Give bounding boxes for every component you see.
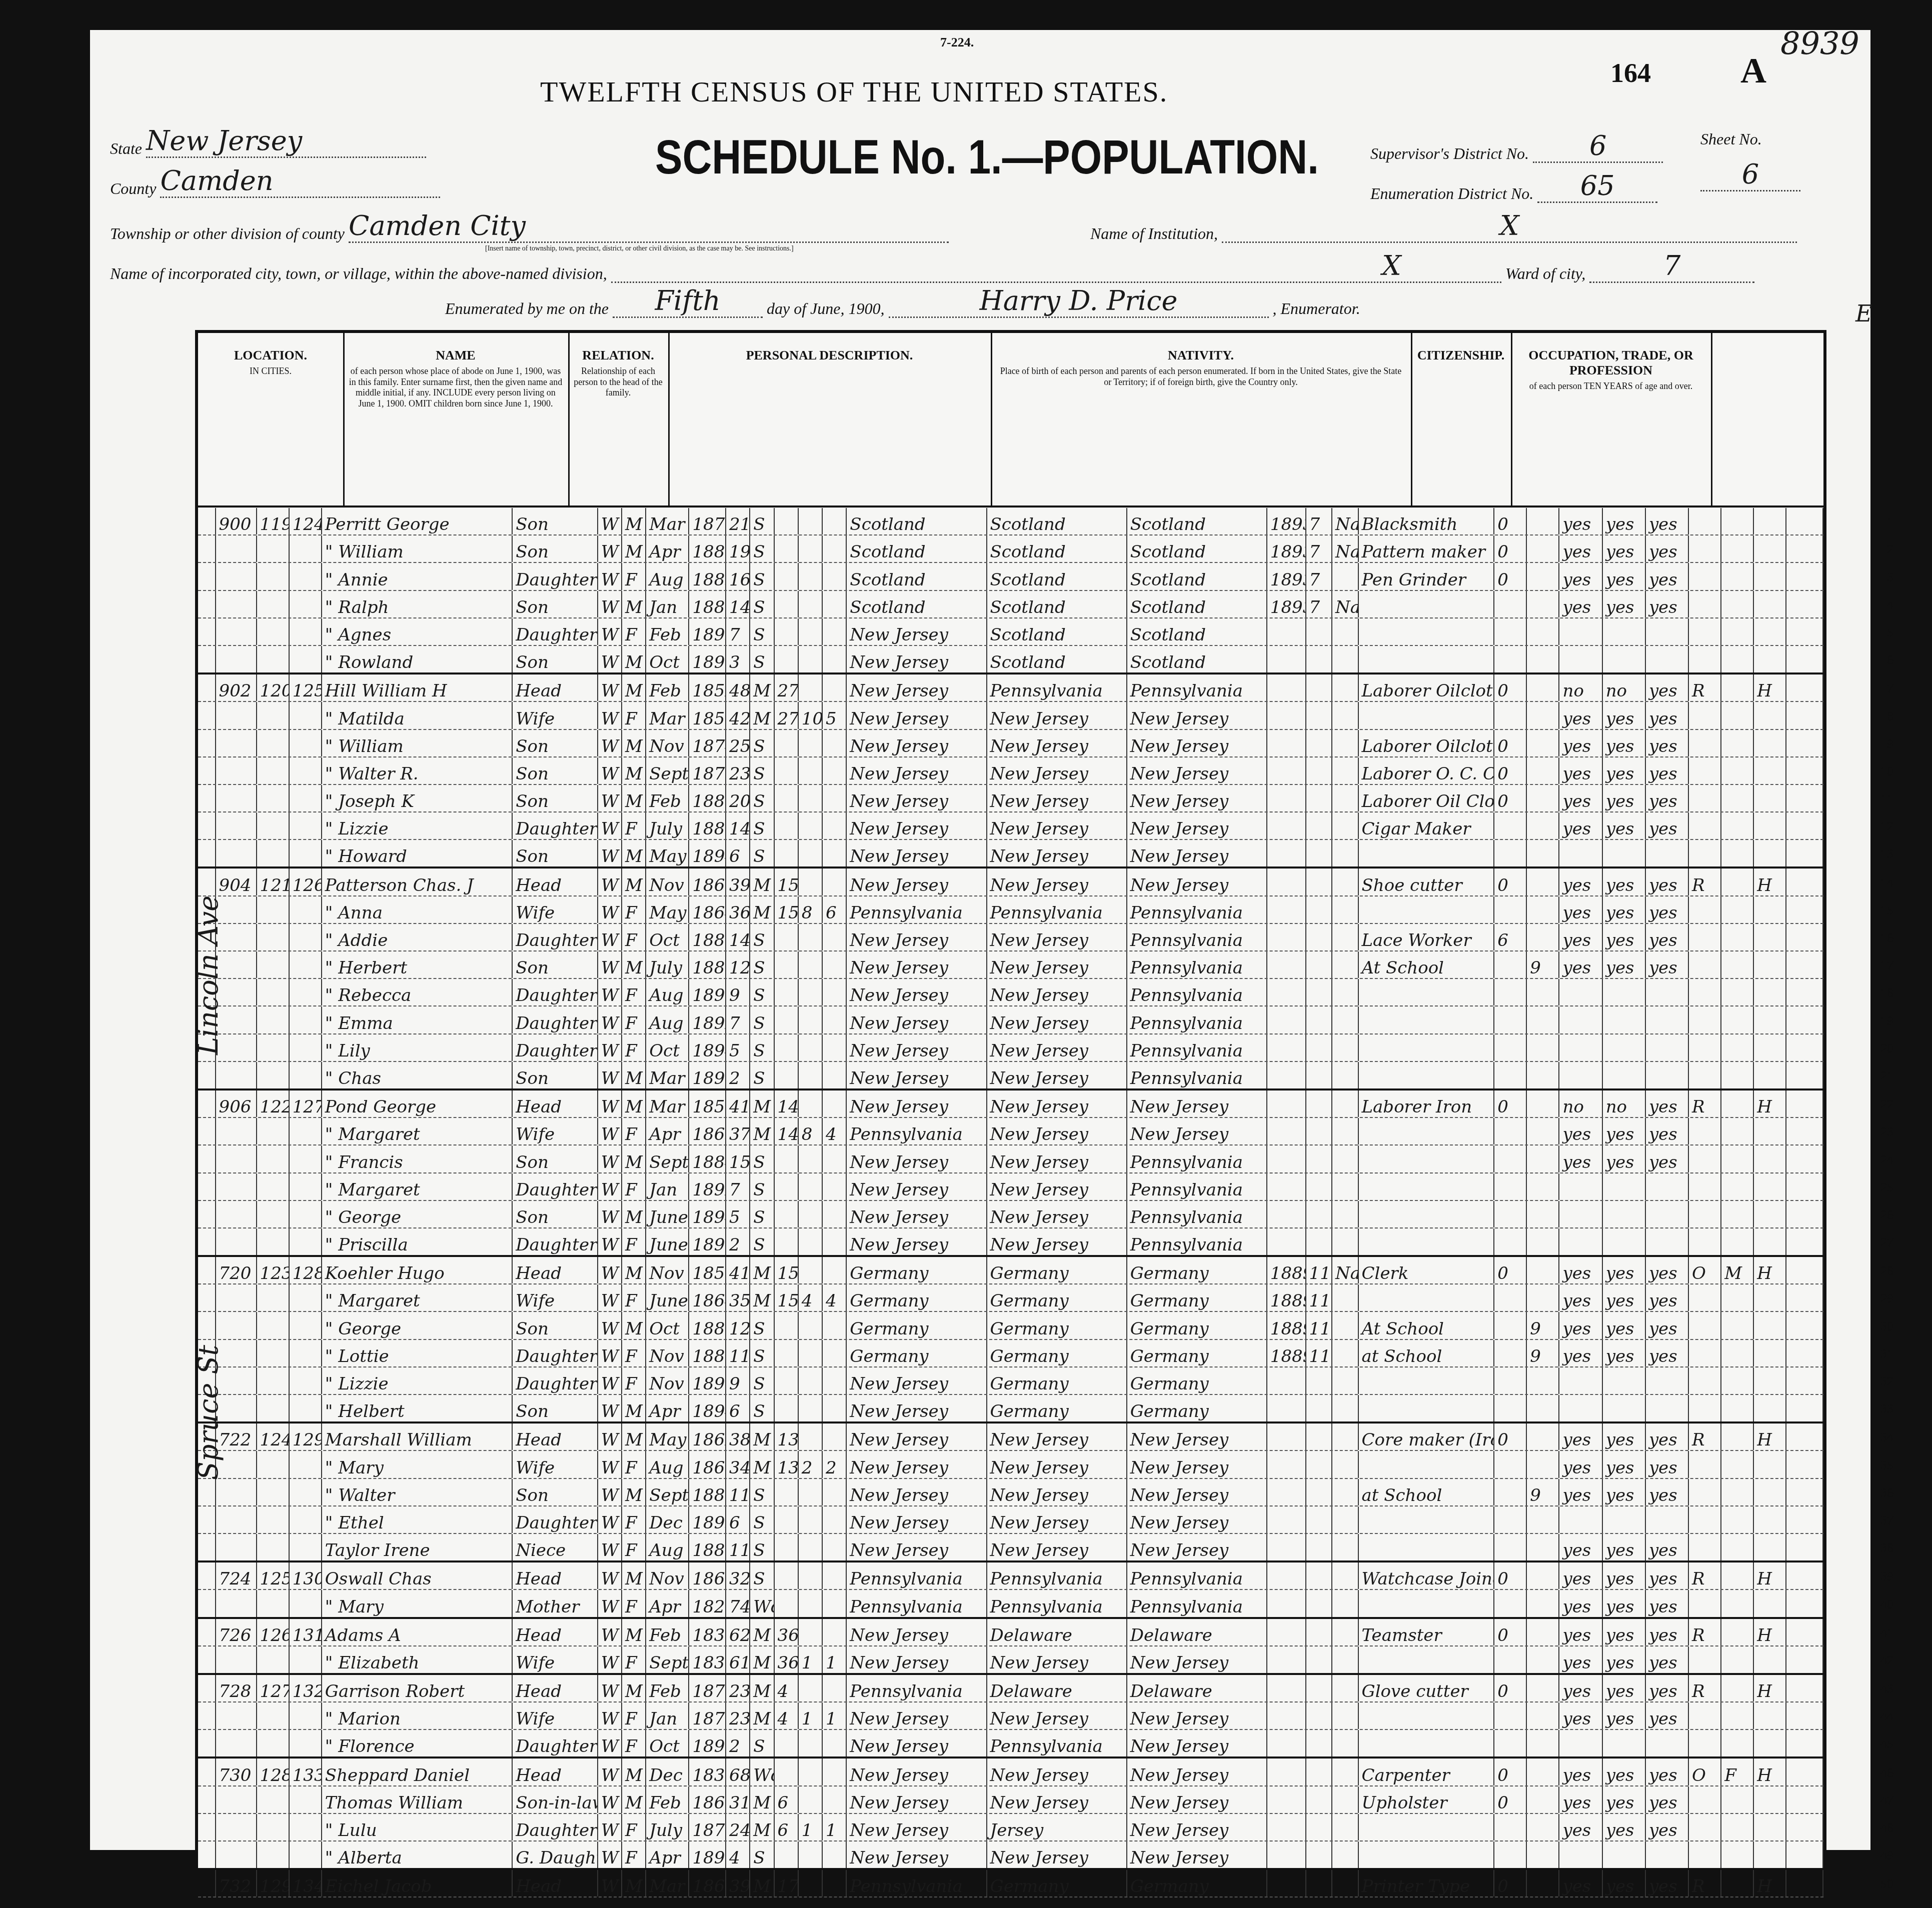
birthplace-cell[interactable]: New Jersey [847, 979, 987, 1005]
race-cell[interactable]: W [598, 1423, 622, 1450]
race-cell[interactable]: W [598, 1034, 622, 1061]
occupation-cell[interactable]: Blacksmith [1359, 508, 1495, 534]
free-mortgaged-cell[interactable] [1721, 1870, 1754, 1896]
sex-cell[interactable]: F [622, 1506, 646, 1533]
can-write-cell[interactable]: yes [1603, 1340, 1646, 1366]
birthplace-cell[interactable]: New Jersey [847, 1228, 987, 1255]
children-living-cell[interactable] [823, 1312, 847, 1338]
sex-cell[interactable]: F [622, 1534, 646, 1560]
owned-rented-cell[interactable] [1689, 812, 1721, 839]
house-number[interactable] [216, 618, 257, 645]
immigration-year-cell[interactable]: 1889 [1267, 1257, 1306, 1283]
farm-house-cell[interactable] [1754, 979, 1786, 1005]
naturalization-cell[interactable] [1332, 1702, 1358, 1729]
owned-rented-cell[interactable] [1689, 1340, 1721, 1366]
name-cell[interactable]: Adams A [322, 1619, 513, 1645]
naturalization-cell[interactable] [1332, 1506, 1358, 1533]
birthplace-cell[interactable]: New Jersey [847, 1006, 987, 1033]
birth-year-cell[interactable]: 1857 [689, 1090, 726, 1117]
name-cell[interactable]: Pond George [322, 1090, 513, 1117]
birth-month-cell[interactable]: Mar [646, 1870, 689, 1896]
free-mortgaged-cell[interactable]: M [1721, 1257, 1754, 1283]
can-speak-english-cell[interactable] [1646, 1730, 1689, 1756]
name-cell[interactable]: " Mary [322, 1590, 513, 1616]
family-number[interactable] [290, 563, 322, 589]
naturalization-cell[interactable] [1332, 1062, 1358, 1088]
farm-house-cell[interactable] [1754, 1451, 1786, 1477]
farm-house-cell[interactable] [1754, 1814, 1786, 1840]
birth-year-cell[interactable]: 1831 [689, 1758, 726, 1785]
immigration-year-cell[interactable] [1267, 1228, 1306, 1255]
can-speak-english-cell[interactable] [1646, 618, 1689, 645]
relation-cell[interactable]: Daughter [513, 1730, 598, 1756]
can-write-cell[interactable]: no [1603, 674, 1646, 701]
marital-cell[interactable]: S [750, 785, 774, 811]
name-cell[interactable]: " Margaret [322, 1118, 513, 1144]
name-cell[interactable]: " William [322, 730, 513, 756]
years-married-cell[interactable]: 14 [775, 1090, 799, 1117]
months-unemployed-cell[interactable] [1494, 1479, 1527, 1505]
school-months-cell[interactable] [1527, 1675, 1559, 1701]
dwelling-number[interactable] [257, 924, 290, 950]
school-months-cell[interactable] [1527, 1118, 1559, 1144]
years-in-us-cell[interactable] [1306, 757, 1332, 784]
sex-cell[interactable]: M [622, 1758, 646, 1785]
children-living-cell[interactable] [823, 979, 847, 1005]
can-write-cell[interactable] [1603, 1228, 1646, 1255]
children-living-cell[interactable]: 5 [823, 702, 847, 728]
birthplace-cell[interactable]: New Jersey [847, 1841, 987, 1868]
months-unemployed-cell[interactable]: 0 [1494, 674, 1527, 701]
months-unemployed-cell[interactable]: 0 [1494, 785, 1527, 811]
naturalization-cell[interactable]: Na [1332, 535, 1358, 562]
name-cell[interactable]: " Francis [322, 1145, 513, 1172]
naturalization-cell[interactable] [1332, 1228, 1358, 1255]
race-cell[interactable]: W [598, 1870, 622, 1896]
name-cell[interactable]: Marshall William [322, 1423, 513, 1450]
farm-house-cell[interactable] [1754, 1006, 1786, 1033]
farm-schedule-cell[interactable] [1786, 1340, 1823, 1366]
school-months-cell[interactable] [1527, 812, 1559, 839]
years-married-cell[interactable] [775, 591, 799, 617]
family-number[interactable] [290, 1340, 322, 1366]
farm-house-cell[interactable] [1754, 1479, 1786, 1505]
family-number[interactable] [290, 1506, 322, 1533]
birthplace-cell[interactable]: New Jersey [847, 1506, 987, 1533]
father-birthplace-cell[interactable]: New Jersey [987, 1118, 1127, 1144]
can-write-cell[interactable] [1603, 1506, 1646, 1533]
occupation-cell[interactable]: Glove cutter [1359, 1675, 1495, 1701]
can-read-cell[interactable]: yes [1559, 1257, 1602, 1283]
free-mortgaged-cell[interactable] [1721, 535, 1754, 562]
house-number[interactable] [216, 1173, 257, 1200]
mother-of-cell[interactable] [799, 812, 823, 839]
farm-house-cell[interactable] [1754, 1590, 1786, 1616]
naturalization-cell[interactable] [1332, 730, 1358, 756]
years-in-us-cell[interactable]: 11 [1306, 1340, 1332, 1366]
can-write-cell[interactable] [1603, 840, 1646, 866]
father-birthplace-cell[interactable]: Scotland [987, 535, 1127, 562]
can-speak-english-cell[interactable]: yes [1646, 1562, 1689, 1589]
immigration-year-cell[interactable] [1267, 1173, 1306, 1200]
relation-cell[interactable]: Daughter [513, 924, 598, 950]
birthplace-cell[interactable]: Pennsylvania [847, 1562, 987, 1589]
school-months-cell[interactable]: 9 [1527, 951, 1559, 978]
age-cell[interactable]: 31 [726, 1786, 750, 1813]
can-write-cell[interactable] [1603, 1006, 1646, 1033]
relation-cell[interactable]: Head [513, 1870, 598, 1896]
birth-month-cell[interactable]: Feb [646, 1786, 689, 1813]
family-number[interactable]: 128 [290, 1257, 322, 1283]
age-cell[interactable]: 36 [726, 896, 750, 923]
school-months-cell[interactable] [1527, 591, 1559, 617]
age-cell[interactable]: 74 [726, 1590, 750, 1616]
farm-schedule-cell[interactable] [1786, 1228, 1823, 1255]
sex-cell[interactable]: F [622, 1228, 646, 1255]
birth-year-cell[interactable]: 1890 [689, 1367, 726, 1394]
mother-of-cell[interactable] [799, 979, 823, 1005]
occupation-cell[interactable] [1359, 702, 1495, 728]
marital-cell[interactable]: S [750, 1730, 774, 1756]
years-in-us-cell[interactable] [1306, 1145, 1332, 1172]
age-cell[interactable]: 15 [726, 1145, 750, 1172]
free-mortgaged-cell[interactable]: F [1721, 1758, 1754, 1785]
years-in-us-cell[interactable] [1306, 674, 1332, 701]
mother-birthplace-cell[interactable]: New Jersey [1127, 1090, 1267, 1117]
relation-cell[interactable]: Daughter [513, 1340, 598, 1366]
birth-month-cell[interactable]: Nov [646, 730, 689, 756]
can-write-cell[interactable]: yes [1603, 812, 1646, 839]
relation-cell[interactable]: Head [513, 1562, 598, 1589]
birth-month-cell[interactable]: Dec [646, 1506, 689, 1533]
race-cell[interactable]: W [598, 896, 622, 923]
marital-cell[interactable]: S [750, 757, 774, 784]
mother-of-cell[interactable] [799, 508, 823, 534]
mother-of-cell[interactable]: 4 [799, 1284, 823, 1311]
relation-cell[interactable]: Daughter [513, 1506, 598, 1533]
years-married-cell[interactable] [775, 1479, 799, 1505]
can-read-cell[interactable]: yes [1559, 1312, 1602, 1338]
birth-year-cell[interactable]: 1894 [689, 1395, 726, 1421]
birth-month-cell[interactable]: June [646, 1284, 689, 1311]
name-cell[interactable]: " Matilda [322, 702, 513, 728]
birth-year-cell[interactable]: 1897 [689, 1228, 726, 1255]
farm-schedule-cell[interactable] [1786, 591, 1823, 617]
naturalization-cell[interactable] [1332, 1423, 1358, 1450]
marital-cell[interactable]: S [750, 563, 774, 589]
immigration-year-cell[interactable] [1267, 1145, 1306, 1172]
marital-cell[interactable]: M [750, 1646, 774, 1673]
name-cell[interactable]: " Joseph K [322, 785, 513, 811]
mother-birthplace-cell[interactable]: New Jersey [1127, 730, 1267, 756]
months-unemployed-cell[interactable] [1494, 702, 1527, 728]
birthplace-cell[interactable]: New Jersey [847, 1451, 987, 1477]
dwelling-number[interactable] [257, 951, 290, 978]
school-months-cell[interactable] [1527, 1367, 1559, 1394]
can-read-cell[interactable]: yes [1559, 896, 1602, 923]
birth-month-cell[interactable]: Mar [646, 702, 689, 728]
children-living-cell[interactable] [823, 1619, 847, 1645]
owned-rented-cell[interactable]: O [1689, 1758, 1721, 1785]
months-unemployed-cell[interactable] [1494, 896, 1527, 923]
years-married-cell[interactable] [775, 1340, 799, 1366]
naturalization-cell[interactable] [1332, 1090, 1358, 1117]
family-number[interactable] [290, 1367, 322, 1394]
owned-rented-cell[interactable] [1689, 1201, 1721, 1227]
birth-year-cell[interactable]: 1884 [689, 1145, 726, 1172]
age-cell[interactable]: 7 [726, 1006, 750, 1033]
relation-cell[interactable]: Son [513, 757, 598, 784]
house-number[interactable] [216, 1118, 257, 1144]
race-cell[interactable]: W [598, 1257, 622, 1283]
mother-birthplace-cell[interactable]: Pennsylvania [1127, 1590, 1267, 1616]
marital-cell[interactable]: S [750, 591, 774, 617]
months-unemployed-cell[interactable] [1494, 979, 1527, 1005]
free-mortgaged-cell[interactable] [1721, 757, 1754, 784]
age-cell[interactable]: 5 [726, 1034, 750, 1061]
farm-house-cell[interactable] [1754, 1201, 1786, 1227]
years-in-us-cell[interactable] [1306, 1423, 1332, 1450]
mother-birthplace-cell[interactable]: New Jersey [1127, 1646, 1267, 1673]
school-months-cell[interactable] [1527, 1870, 1559, 1896]
years-in-us-cell[interactable] [1306, 1006, 1332, 1033]
race-cell[interactable]: W [598, 951, 622, 978]
dwelling-number[interactable] [257, 535, 290, 562]
years-married-cell[interactable] [775, 1228, 799, 1255]
mother-birthplace-cell[interactable]: New Jersey [1127, 812, 1267, 839]
can-write-cell[interactable] [1603, 1395, 1646, 1421]
father-birthplace-cell[interactable]: Germany [987, 1312, 1127, 1338]
farm-house-cell[interactable] [1754, 1173, 1786, 1200]
occupation-cell[interactable] [1359, 1118, 1495, 1144]
can-speak-english-cell[interactable]: yes [1646, 1479, 1689, 1505]
birthplace-cell[interactable]: New Jersey [847, 1145, 987, 1172]
can-write-cell[interactable]: yes [1603, 1284, 1646, 1311]
race-cell[interactable]: W [598, 979, 622, 1005]
can-speak-english-cell[interactable] [1646, 1173, 1689, 1200]
name-cell[interactable]: " Lizzie [322, 1367, 513, 1394]
family-number[interactable]: 130 [290, 1562, 322, 1589]
months-unemployed-cell[interactable] [1494, 1814, 1527, 1840]
free-mortgaged-cell[interactable] [1721, 674, 1754, 701]
marital-cell[interactable]: M [750, 896, 774, 923]
age-cell[interactable]: 3 [726, 646, 750, 672]
occupation-cell[interactable] [1359, 1367, 1495, 1394]
occupation-cell[interactable] [1359, 1506, 1495, 1533]
birth-month-cell[interactable]: May [646, 896, 689, 923]
can-read-cell[interactable]: yes [1559, 1479, 1602, 1505]
years-married-cell[interactable] [775, 1506, 799, 1533]
age-cell[interactable]: 9 [726, 979, 750, 1005]
mother-birthplace-cell[interactable]: Pennsylvania [1127, 1173, 1267, 1200]
can-write-cell[interactable]: yes [1603, 702, 1646, 728]
name-cell[interactable]: " Anna [322, 896, 513, 923]
can-speak-english-cell[interactable]: yes [1646, 1619, 1689, 1645]
name-cell[interactable]: " Rebecca [322, 979, 513, 1005]
occupation-cell[interactable]: Watchcase Joiner [1359, 1562, 1495, 1589]
years-married-cell[interactable]: 14 [775, 1118, 799, 1144]
mother-birthplace-cell[interactable]: New Jersey [1127, 1702, 1267, 1729]
father-birthplace-cell[interactable]: Pennsylvania [987, 896, 1127, 923]
school-months-cell[interactable] [1527, 1702, 1559, 1729]
can-speak-english-cell[interactable]: yes [1646, 1145, 1689, 1172]
can-read-cell[interactable] [1559, 1034, 1602, 1061]
free-mortgaged-cell[interactable] [1721, 1340, 1754, 1366]
birth-year-cell[interactable]: 1826 [689, 1590, 726, 1616]
can-write-cell[interactable]: yes [1603, 730, 1646, 756]
farm-house-cell[interactable] [1754, 1312, 1786, 1338]
birth-month-cell[interactable]: Nov [646, 1562, 689, 1589]
can-write-cell[interactable]: yes [1603, 508, 1646, 534]
can-speak-english-cell[interactable]: yes [1646, 1675, 1689, 1701]
school-months-cell[interactable] [1527, 924, 1559, 950]
can-write-cell[interactable]: no [1603, 1090, 1646, 1117]
months-unemployed-cell[interactable] [1494, 1730, 1527, 1756]
marital-cell[interactable]: S [750, 812, 774, 839]
father-birthplace-cell[interactable]: New Jersey [987, 1201, 1127, 1227]
naturalization-cell[interactable] [1332, 840, 1358, 866]
relation-cell[interactable]: Daughter [513, 1006, 598, 1033]
farm-house-cell[interactable] [1754, 1367, 1786, 1394]
father-birthplace-cell[interactable]: New Jersey [987, 1506, 1127, 1533]
farm-schedule-cell[interactable] [1786, 1145, 1823, 1172]
occupation-cell[interactable]: Clerk [1359, 1257, 1495, 1283]
free-mortgaged-cell[interactable] [1721, 1841, 1754, 1868]
children-living-cell[interactable] [823, 508, 847, 534]
sex-cell[interactable]: F [622, 1034, 646, 1061]
mother-birthplace-cell[interactable]: Scotland [1127, 646, 1267, 672]
name-cell[interactable]: " Mary [322, 1451, 513, 1477]
father-birthplace-cell[interactable]: New Jersey [987, 1423, 1127, 1450]
can-speak-english-cell[interactable]: yes [1646, 951, 1689, 978]
house-number[interactable] [216, 591, 257, 617]
months-unemployed-cell[interactable]: 0 [1494, 1257, 1527, 1283]
birthplace-cell[interactable]: Scotland [847, 563, 987, 589]
father-birthplace-cell[interactable]: New Jersey [987, 1479, 1127, 1505]
marital-cell[interactable]: M [750, 1619, 774, 1645]
months-unemployed-cell[interactable] [1494, 618, 1527, 645]
naturalization-cell[interactable] [1332, 1758, 1358, 1785]
sex-cell[interactable]: M [622, 785, 646, 811]
children-living-cell[interactable]: 6 [823, 896, 847, 923]
can-read-cell[interactable]: yes [1559, 1340, 1602, 1366]
occupation-cell[interactable] [1359, 1814, 1495, 1840]
immigration-year-cell[interactable] [1267, 1562, 1306, 1589]
mother-of-cell[interactable] [799, 1870, 823, 1896]
years-in-us-cell[interactable] [1306, 1841, 1332, 1868]
father-birthplace-cell[interactable]: Scotland [987, 646, 1127, 672]
mother-birthplace-cell[interactable]: Pennsylvania [1127, 1145, 1267, 1172]
can-read-cell[interactable] [1559, 840, 1602, 866]
mother-birthplace-cell[interactable]: New Jersey [1127, 1730, 1267, 1756]
farm-house-cell[interactable] [1754, 563, 1786, 589]
family-number[interactable] [290, 785, 322, 811]
age-cell[interactable]: 68 [726, 1758, 750, 1785]
can-read-cell[interactable]: yes [1559, 1786, 1602, 1813]
birth-month-cell[interactable]: May [646, 840, 689, 866]
relation-cell[interactable]: Wife [513, 1118, 598, 1144]
owned-rented-cell[interactable] [1689, 1034, 1721, 1061]
father-birthplace-cell[interactable]: Pennsylvania [987, 1730, 1127, 1756]
race-cell[interactable]: W [598, 1562, 622, 1589]
immigration-year-cell[interactable] [1267, 1870, 1306, 1896]
years-in-us-cell[interactable] [1306, 1534, 1332, 1560]
relation-cell[interactable]: Daughter [513, 1228, 598, 1255]
dwelling-number[interactable] [257, 1173, 290, 1200]
school-months-cell[interactable] [1527, 1590, 1559, 1616]
school-months-cell[interactable] [1527, 1201, 1559, 1227]
name-cell[interactable]: " Florence [322, 1730, 513, 1756]
school-months-cell[interactable] [1527, 1257, 1559, 1283]
mother-of-cell[interactable] [799, 1506, 823, 1533]
farm-schedule-cell[interactable] [1786, 1006, 1823, 1033]
months-unemployed-cell[interactable]: 0 [1494, 535, 1527, 562]
family-number[interactable] [290, 1284, 322, 1311]
sex-cell[interactable]: M [622, 1395, 646, 1421]
birthplace-cell[interactable]: Germany [847, 1312, 987, 1338]
naturalization-cell[interactable] [1332, 1730, 1358, 1756]
owned-rented-cell[interactable] [1689, 1814, 1721, 1840]
birth-year-cell[interactable]: 1896 [689, 646, 726, 672]
relation-cell[interactable]: Son-in-law [513, 1786, 598, 1813]
can-read-cell[interactable] [1559, 646, 1602, 672]
birthplace-cell[interactable]: Scotland [847, 591, 987, 617]
birthplace-cell[interactable]: Germany [847, 1284, 987, 1311]
age-cell[interactable]: 11 [726, 1340, 750, 1366]
years-married-cell[interactable] [775, 1034, 799, 1061]
farm-schedule-cell[interactable] [1786, 1090, 1823, 1117]
farm-schedule-cell[interactable] [1786, 563, 1823, 589]
father-birthplace-cell[interactable]: New Jersey [987, 1228, 1127, 1255]
birth-year-cell[interactable]: 1888 [689, 1479, 726, 1505]
birth-year-cell[interactable]: 1894 [689, 840, 726, 866]
years-married-cell[interactable] [775, 785, 799, 811]
can-read-cell[interactable]: yes [1559, 1758, 1602, 1785]
can-write-cell[interactable]: yes [1603, 591, 1646, 617]
can-write-cell[interactable]: yes [1603, 1118, 1646, 1144]
years-in-us-cell[interactable]: 7 [1306, 508, 1332, 534]
years-married-cell[interactable] [775, 1758, 799, 1785]
birthplace-cell[interactable]: New Jersey [847, 1786, 987, 1813]
father-birthplace-cell[interactable]: Delaware [987, 1619, 1127, 1645]
family-number[interactable]: 124 [290, 508, 322, 534]
father-birthplace-cell[interactable]: Germany [987, 1367, 1127, 1394]
children-living-cell[interactable]: 1 [823, 1702, 847, 1729]
immigration-year-cell[interactable] [1267, 1006, 1306, 1033]
family-number[interactable] [290, 1646, 322, 1673]
birthplace-cell[interactable]: New Jersey [847, 1814, 987, 1840]
relation-cell[interactable]: Son [513, 591, 598, 617]
age-cell[interactable]: 6 [726, 1395, 750, 1421]
farm-schedule-cell[interactable] [1786, 1870, 1823, 1896]
sex-cell[interactable]: F [622, 1590, 646, 1616]
race-cell[interactable]: W [598, 508, 622, 534]
birth-month-cell[interactable]: Aug [646, 1534, 689, 1560]
birthplace-cell[interactable]: New Jersey [847, 1395, 987, 1421]
family-number[interactable]: 134 [290, 1870, 322, 1896]
owned-rented-cell[interactable]: O [1689, 1257, 1721, 1283]
house-number[interactable] [216, 757, 257, 784]
race-cell[interactable]: W [598, 1312, 622, 1338]
relation-cell[interactable]: Son [513, 785, 598, 811]
race-cell[interactable]: W [598, 591, 622, 617]
immigration-year-cell[interactable] [1267, 812, 1306, 839]
mother-of-cell[interactable] [799, 1340, 823, 1366]
relation-cell[interactable]: Wife [513, 896, 598, 923]
birth-year-cell[interactable]: 1877 [689, 1702, 726, 1729]
months-unemployed-cell[interactable]: 0 [1494, 1562, 1527, 1589]
naturalization-cell[interactable] [1332, 1312, 1358, 1338]
